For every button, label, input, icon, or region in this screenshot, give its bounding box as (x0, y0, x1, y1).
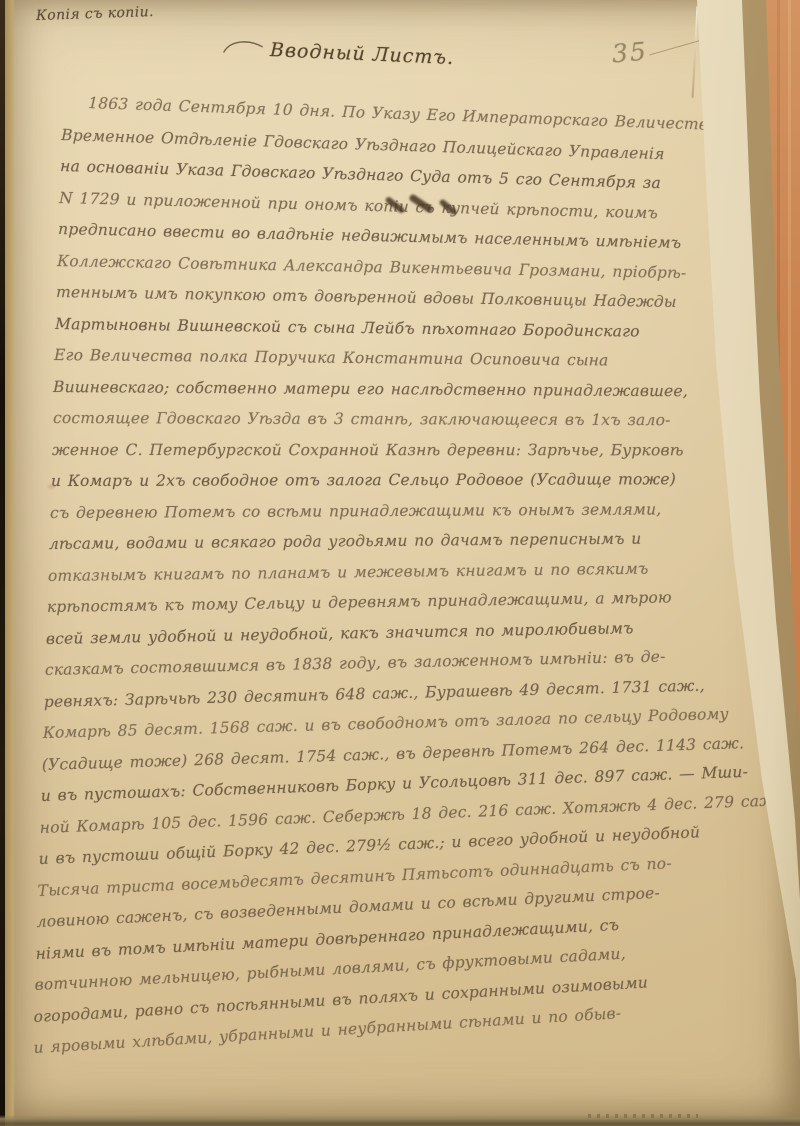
stacked-pages-ticks (588, 1114, 698, 1118)
ink-blot (382, 194, 466, 220)
manuscript-line: и Комаръ и 2хъ свободное отъ залога Сель… (51, 470, 800, 504)
page-title-text: Вводный Листъ. (270, 39, 455, 69)
manuscript-line: женное С. Петербургской Сохранной Казнѣ … (52, 441, 800, 473)
page-number: 35 (611, 36, 649, 68)
manuscript-page: Копія съ копіи. Вводный Листъ. 35 1863 г… (0, 0, 800, 1126)
corner-note: Копія съ копіи. (36, 4, 154, 24)
manuscript-line: состоящее Гдовскаго Уѣзда въ 3 станѣ, за… (53, 409, 800, 443)
paper-crease (692, 6, 699, 98)
manuscript-body: 1863 года Сентября 10 дня. По Указу Его … (0, 94, 800, 1071)
flourish-swash-icon (222, 37, 265, 61)
pink-stain (48, 484, 55, 489)
page-title: Вводный Листъ. (222, 37, 455, 69)
